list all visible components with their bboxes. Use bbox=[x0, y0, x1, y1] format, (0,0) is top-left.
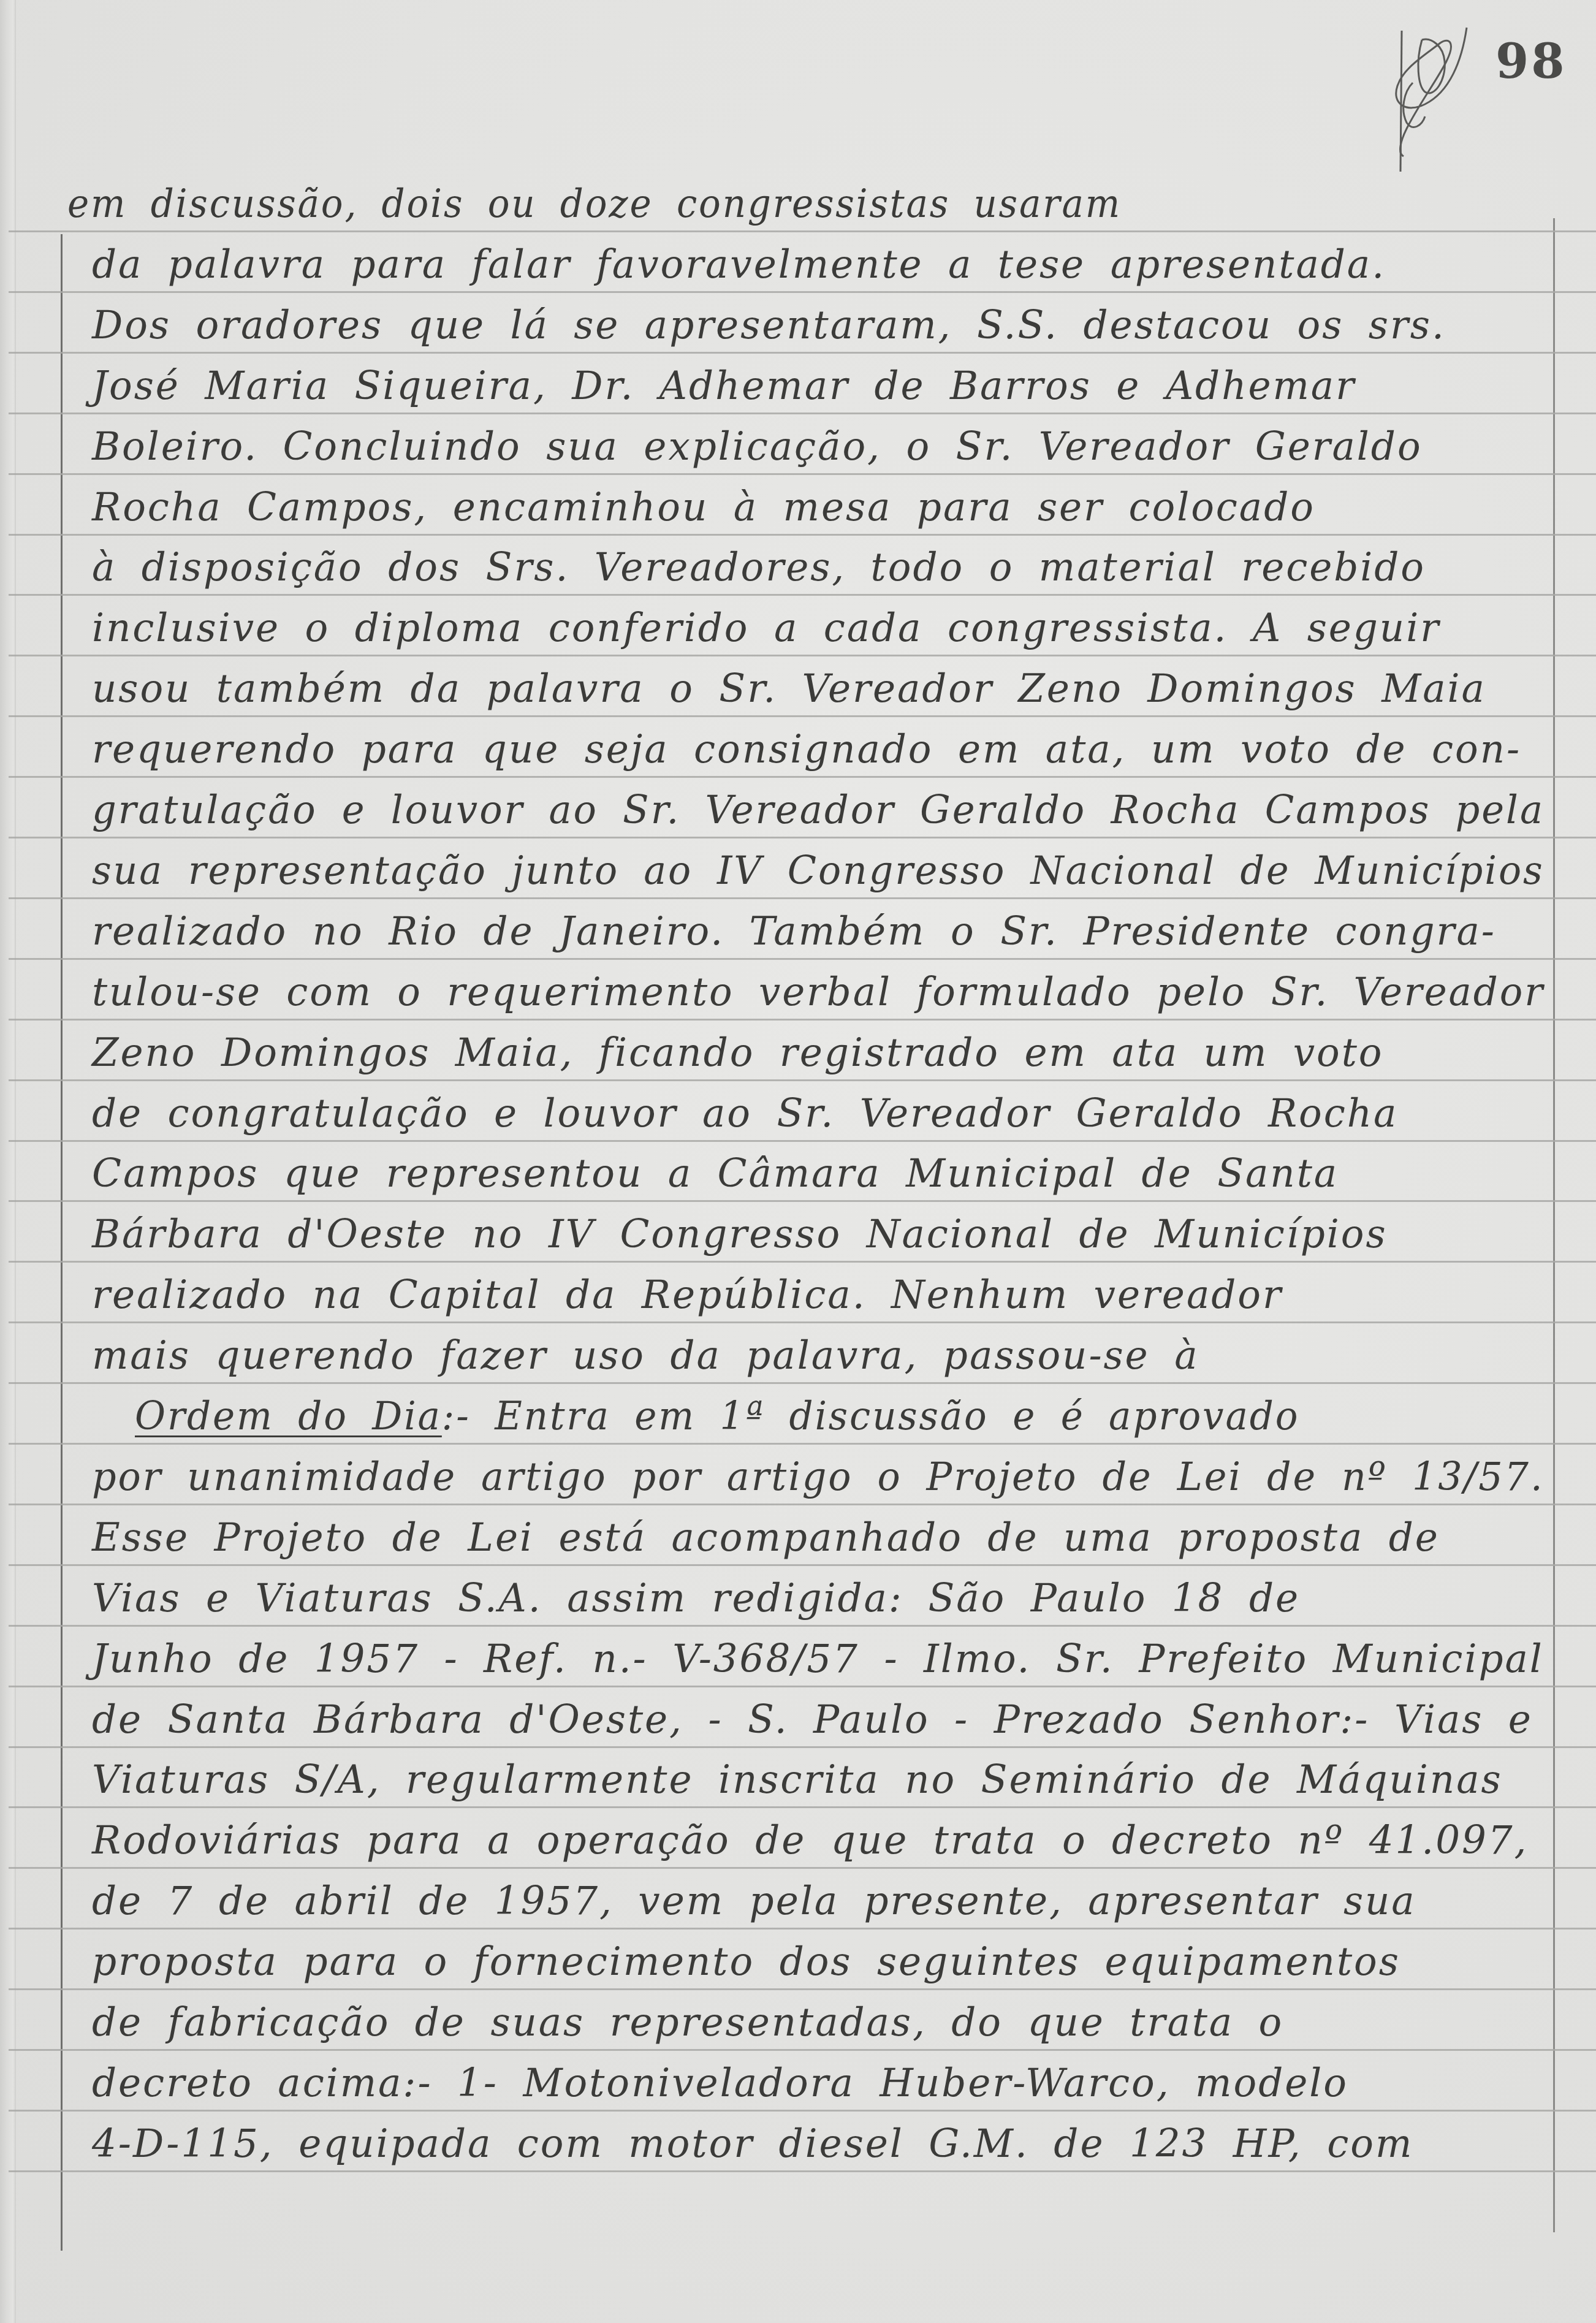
handwritten-line: proposta para o fornecimento dos seguint… bbox=[92, 1932, 1545, 1992]
handwritten-line: 4-D-115, equipada com motor diesel G.M. … bbox=[92, 2114, 1545, 2174]
handwritten-line: Boleiro. Concluindo sua explicação, o Sr… bbox=[92, 417, 1545, 477]
handwritten-line: Dos oradores que lá se apresentaram, S.S… bbox=[92, 295, 1545, 355]
handwritten-line: Vias e Viaturas S.A. assim redigida: São… bbox=[92, 1568, 1545, 1629]
handwritten-line: Rodoviárias para a operação de que trata… bbox=[92, 1811, 1545, 1871]
handwritten-line: tulou-se com o requerimento verbal formu… bbox=[92, 962, 1540, 1022]
handwritten-line: decreto acima:- 1- Motoniveladora Huber-… bbox=[92, 2053, 1545, 2113]
handwritten-line: José Maria Siqueira, Dr. Adhemar de Barr… bbox=[92, 356, 1545, 416]
handwritten-line: Ordem do Dia:- Entra em 1ª discussão e é… bbox=[135, 1386, 1551, 1447]
left-margin-line bbox=[61, 234, 63, 2251]
handwritten-line: por unanimidade artigo por artigo o Proj… bbox=[92, 1447, 1527, 1507]
signature-rubric-icon bbox=[1388, 25, 1474, 178]
handwritten-line: Viaturas S/A, regularmente inscrita no S… bbox=[92, 1750, 1545, 1810]
handwritten-line: sua representação junto ao IV Congresso … bbox=[92, 841, 1524, 901]
handwritten-line: Esse Projeto de Lei está acompanhado de … bbox=[92, 1508, 1545, 1568]
handwritten-line: realizado no Rio de Janeiro. Também o Sr… bbox=[92, 902, 1545, 962]
right-margin-line bbox=[1553, 218, 1555, 2232]
handwritten-line: realizado na Capital da República. Nenhu… bbox=[92, 1265, 1545, 1325]
handwritten-line: requerendo para que seja consignado em a… bbox=[92, 720, 1545, 780]
handwritten-line: Campos que representou a Câmara Municipa… bbox=[92, 1144, 1545, 1204]
handwritten-line: Rocha Campos, encaminhou à mesa para ser… bbox=[92, 477, 1545, 538]
handwritten-line: à disposição dos Srs. Vereadores, todo o… bbox=[92, 538, 1545, 598]
page-fold-line bbox=[15, 0, 16, 2323]
line-text: :- Entra em 1ª discussão e é aprovado bbox=[442, 1394, 1300, 1439]
handwritten-line: Zeno Domingos Maia, ficando registrado e… bbox=[92, 1023, 1545, 1083]
page-fold-shadow bbox=[0, 0, 13, 2323]
handwritten-line: de 7 de abril de 1957, vem pela presente… bbox=[92, 1871, 1545, 1931]
handwritten-line: de Santa Bárbara d'Oeste, - S. Paulo - P… bbox=[92, 1690, 1545, 1750]
paper-page: 98 em discussão, dois ou doze congressis… bbox=[0, 0, 1596, 2323]
handwritten-line: de fabricação de suas representadas, do … bbox=[92, 1993, 1545, 2053]
handwritten-line: gratulação e louvor ao Sr. Vereador Gera… bbox=[92, 780, 1535, 840]
handwritten-line: Bárbara d'Oeste no IV Congresso Nacional… bbox=[92, 1204, 1545, 1264]
handwritten-line: em discussão, dois ou doze congressistas… bbox=[67, 174, 1446, 234]
section-heading-ordem-do-dia: Ordem do Dia bbox=[135, 1394, 442, 1439]
handwritten-line: de congratulação e louvor ao Sr. Vereado… bbox=[92, 1084, 1545, 1144]
handwritten-line: da palavra para falar favoravelmente a t… bbox=[92, 235, 1545, 295]
handwritten-line: inclusive o diploma conferido a cada con… bbox=[92, 598, 1545, 658]
page-number-stamp: 98 bbox=[1495, 34, 1567, 89]
handwritten-line: Junho de 1957 - Ref. n.- V-368/57 - Ilmo… bbox=[92, 1629, 1545, 1689]
handwritten-line: mais querendo fazer uso da palavra, pass… bbox=[92, 1326, 1545, 1386]
handwritten-line: usou também da palavra o Sr. Vereador Ze… bbox=[92, 659, 1545, 719]
